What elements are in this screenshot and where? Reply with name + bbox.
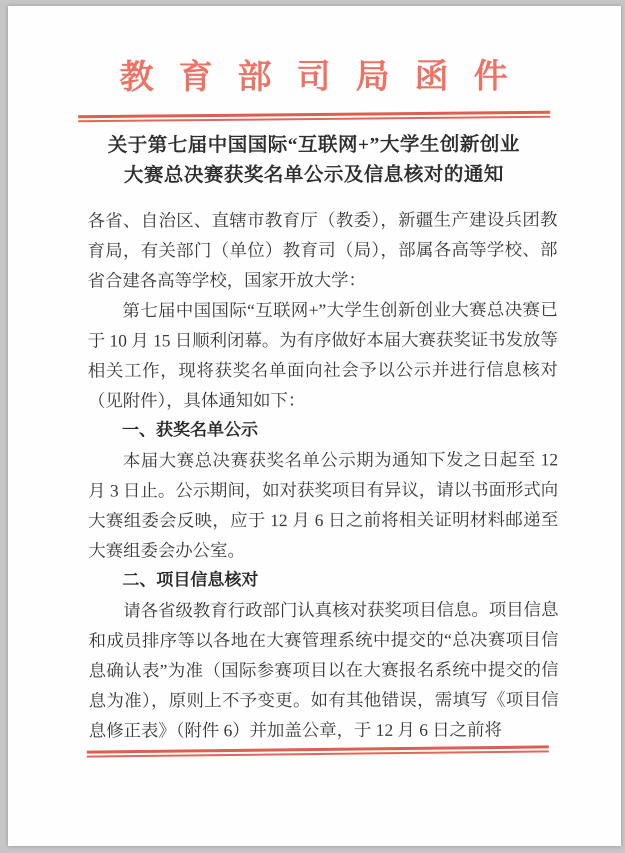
document-page: 教育部司局函件 关于第七届中国国际“互联网+”大学生创新创业 大赛总决赛获奖名单…	[8, 6, 621, 846]
scan-background: { "document": { "letterhead": { "title":…	[0, 0, 625, 853]
letterhead-title: 教育部司局函件	[8, 57, 620, 99]
document-body: 各省、自治区、直辖市教育厅（教委），新疆生产建设兵团教育局，有关部门（单位）教育…	[8, 204, 621, 746]
document-title-line-1: 关于第七届中国国际“互联网+”大学生创新创业	[8, 130, 620, 162]
document-title: 关于第七届中国国际“互联网+”大学生创新创业 大赛总决赛获奖名单公示及信息核对的…	[8, 130, 620, 192]
section-2-heading: 二、项目信息核对	[88, 564, 558, 595]
letterhead-divider-rule	[78, 111, 550, 123]
page-content: 教育部司局函件 关于第七届中国国际“互联网+”大学生创新创业 大赛总决赛获奖名单…	[8, 6, 621, 846]
section-1-heading: 一、获奖名单公示	[88, 414, 558, 445]
document-title-line-2: 大赛总决赛获奖名单公示及信息核对的通知	[8, 160, 620, 192]
recipients-paragraph: 各省、自治区、直辖市教育厅（教委），新疆生产建设兵团教育局，有关部门（单位）教育…	[87, 204, 557, 295]
section-1-paragraph: 本届大赛总决赛获奖名单公示期为通知下发之日起至 12 月 3 日止。公示期间，如…	[88, 444, 558, 565]
intro-paragraph: 第七届中国国际“互联网+”大学生创新创业大赛总决赛已于 10 月 15 日顺利闭…	[88, 294, 558, 415]
section-2-paragraph: 请各省级教育行政部门认真核对获奖项目信息。项目信息和成员排序等以各地在大赛管理系…	[88, 594, 558, 745]
footer-divider-rule	[87, 745, 549, 757]
